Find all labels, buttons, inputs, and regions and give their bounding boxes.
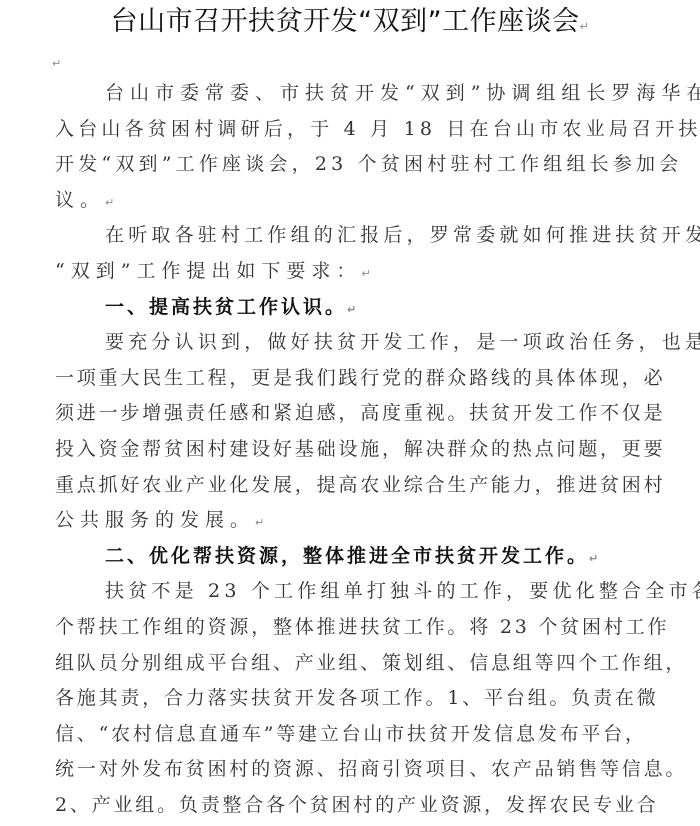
document-body: 台山市委常委、市扶贫开发“双到”协调组组长罗海华在深 入台山各贫困村调研后，于 … <box>55 76 645 823</box>
body-line: 须进一步增强责任感和紧迫感，高度重视。扶贫开发工作不仅是 <box>55 396 645 432</box>
line-text: 统一对外发布贫困村的资源、招商引资项目、农产品销售等信息。 <box>55 758 687 780</box>
line-text: 台山市委常委、市扶贫开发“双到”协调组组长罗海华在深 <box>105 82 700 104</box>
paragraph-mark-icon: ↵ <box>361 267 376 280</box>
body-line: 开发“双到”工作座谈会，23 个贫困村驻村工作组组长参加会 <box>55 147 645 183</box>
line-text: 投入资金帮贫困村建设好基础设施，解决群众的热点问题，更要 <box>55 438 665 460</box>
line-text: 组队员分别组成平台组、产业组、策划组、信息组等四个工作组， <box>55 652 687 674</box>
line-text: 个帮扶工作组的资源，整体推进扶贫工作。将 23 个贫困村工作 <box>55 616 669 638</box>
body-line: 投入资金帮贫困村建设好基础设施，解决群众的热点问题，更要 <box>55 432 645 468</box>
line-text: 扶贫不是 23 个工作组单打独斗的工作，要优化整合全市各 <box>105 580 700 602</box>
line-text: 要充分认识到，做好扶贫开发工作，是一项政治任务，也是 <box>105 331 700 353</box>
body-line: 扶贫不是 23 个工作组单打独斗的工作，要优化整合全市各 <box>55 574 645 610</box>
empty-paragraph: ↵ <box>52 52 61 72</box>
line-text: 信、“农村信息直通车”等建立台山市扶贫开发信息发布平台， <box>55 723 647 745</box>
paragraph-mark-icon: ↵ <box>52 57 61 70</box>
body-line: “双到”工作提出如下要求：↵ <box>55 254 645 290</box>
line-text: 在听取各驻村工作组的汇报后，罗常委就如何推进扶贫开发 <box>105 224 700 246</box>
line-text: 2、产业组。负责整合各个贫困村的产业资源，发挥农民专业合 <box>55 794 659 816</box>
line-text: 开发“双到”工作座谈会，23 个贫困村驻村工作组组长参加会 <box>55 153 682 175</box>
paragraph-mark-icon: ↵ <box>347 303 359 316</box>
paragraph-mark-icon: ↵ <box>255 516 270 529</box>
line-text: 各施其责，合力落实扶贫开发各项工作。1、平台组。负责在微 <box>55 687 659 709</box>
body-line: 要充分认识到，做好扶贫开发工作，是一项政治任务，也是 <box>55 325 645 361</box>
body-line: 2、产业组。负责整合各个贫困村的产业资源，发挥农民专业合 <box>55 788 645 824</box>
paragraph-mark-icon: ↵ <box>105 196 120 209</box>
section-heading-1: 一、提高扶贫工作认识。↵ <box>55 290 645 326</box>
body-line: 个帮扶工作组的资源，整体推进扶贫工作。将 23 个贫困村工作 <box>55 610 645 646</box>
body-line: 入台山各贫困村调研后，于 4 月 18 日在台山市农业局召开扶贫 <box>55 112 645 148</box>
line-text: 一项重大民生工程，更是我们践行党的群众路线的具体体现，必 <box>55 367 665 389</box>
body-line: 议。↵ <box>55 183 645 219</box>
document-title: 台山市召开扶贫开发“双到”工作座谈会↵ <box>0 4 700 45</box>
body-line: 公共服务的发展。↵ <box>55 503 645 539</box>
body-line: 各施其责，合力落实扶贫开发各项工作。1、平台组。负责在微 <box>55 681 645 717</box>
line-text: 公共服务的发展。 <box>55 509 255 531</box>
body-line: 信、“农村信息直通车”等建立台山市扶贫开发信息发布平台， <box>55 717 645 753</box>
body-line: 重点抓好农业产业化发展，提高农业综合生产能力，推进贫困村 <box>55 468 645 504</box>
line-text: 重点抓好农业产业化发展，提高农业综合生产能力，推进贫困村 <box>55 474 665 496</box>
body-line: 台山市委常委、市扶贫开发“双到”协调组组长罗海华在深 <box>55 76 645 112</box>
paragraph-mark-icon: ↵ <box>589 552 601 565</box>
section-heading-2: 二、优化帮扶资源，整体推进全市扶贫开发工作。↵ <box>55 539 645 575</box>
body-line: 统一对外发布贫困村的资源、招商引资项目、农产品销售等信息。 <box>55 752 645 788</box>
paragraph-mark-icon: ↵ <box>580 20 590 33</box>
body-line: 组队员分别组成平台组、产业组、策划组、信息组等四个工作组， <box>55 646 645 682</box>
line-text: 须进一步增强责任感和紧迫感，高度重视。扶贫开发工作不仅是 <box>55 402 665 424</box>
heading-text: 二、优化帮扶资源，整体推进全市扶贫开发工作。 <box>105 545 589 567</box>
line-text: 议。 <box>55 189 105 211</box>
body-line: 一项重大民生工程，更是我们践行党的群众路线的具体体现，必 <box>55 361 645 397</box>
line-text: 入台山各贫困村调研后，于 4 月 18 日在台山市农业局召开扶贫 <box>55 118 700 140</box>
document-page: 台山市召开扶贫开发“双到”工作座谈会↵ ↵ 台山市委常委、市扶贫开发“双到”协调… <box>0 0 700 826</box>
document-title-text: 台山市召开扶贫开发“双到”工作座谈会 <box>111 6 580 37</box>
heading-text: 一、提高扶贫工作认识。 <box>105 296 347 318</box>
body-line: 在听取各驻村工作组的汇报后，罗常委就如何推进扶贫开发 <box>55 218 645 254</box>
line-text: “双到”工作提出如下要求： <box>55 260 361 282</box>
